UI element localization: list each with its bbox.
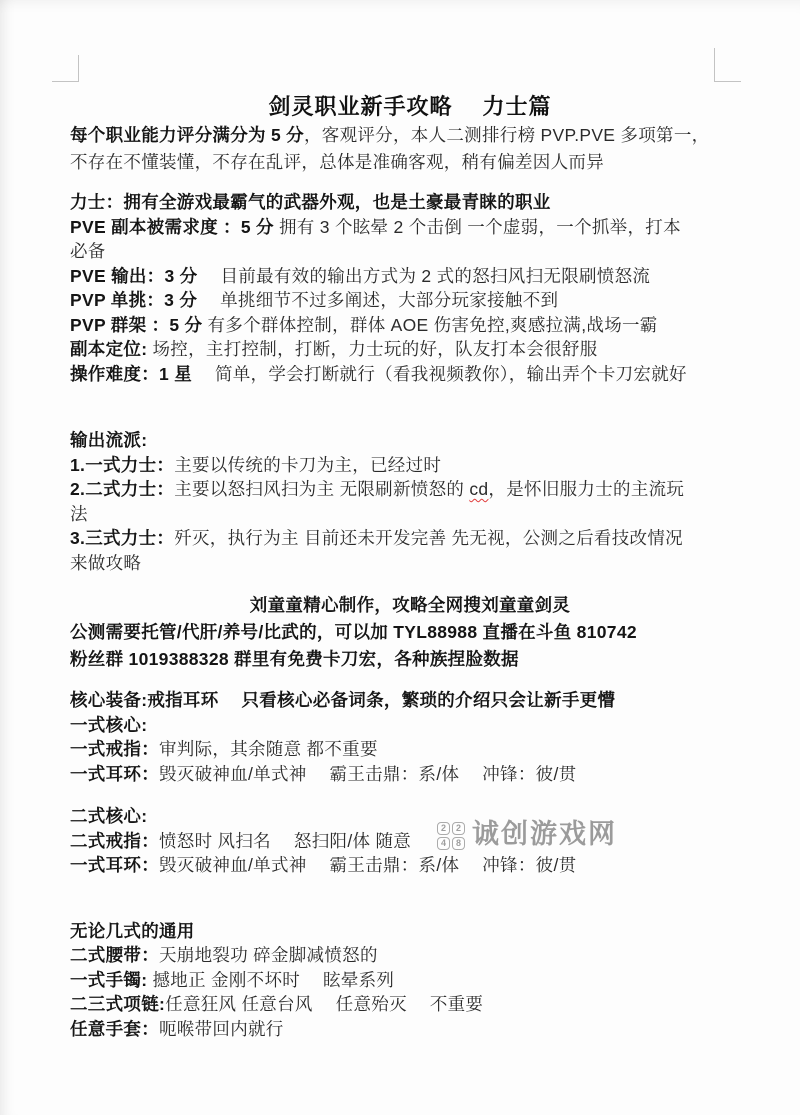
gear-earring2-line: 一式耳环：毁灭破神血/单式神 霸王击鼎：系/体 冲锋：彼/贯: [70, 853, 750, 878]
common-label: 二式腰带：: [70, 945, 159, 965]
common-header: 无论几式的通用: [70, 919, 750, 944]
promo-fangroup-line: 粉丝群 1019388328 群里有免费卡刀宏，各种族捏脸数据: [70, 646, 750, 673]
rating-line-difficulty: 操作难度：1 星 简单，学会打断就行（看我视频教你），输出弄个卡刀宏就好: [70, 362, 750, 387]
gear-header-text: 核心装备:戒指耳环 只看核心必备词条，繁琐的介绍只会让新手更懵: [70, 690, 615, 710]
common-gear-section: 无论几式的通用 二式腰带：天崩地裂功 碎金脚减愤怒的 一式手镯: 撼地正 金刚不…: [70, 919, 750, 1042]
watermark-digit: 8: [452, 837, 465, 850]
rating-label: PVE 输出：3 分: [70, 266, 197, 286]
gear-section-style1: 核心装备:戒指耳环 只看核心必备词条，繁琐的介绍只会让新手更懵 一式核心: 一式…: [70, 688, 750, 786]
gear-text: 愤怒时 风扫名 怒扫阳/体 随意: [159, 831, 411, 851]
page-margin-mark-top-right: [714, 48, 741, 82]
common-necklace-line: 二三式项链:任意狂风 任意台风 任意殆灭 不重要: [70, 992, 750, 1017]
gear-label: 二式戒指：: [70, 831, 159, 851]
intro-text-line1: ，客观评分，本人二测排行榜 PVP.PVE 多项第一，: [304, 125, 709, 145]
build-text: ，是怀旧服力士的主流玩: [488, 479, 684, 499]
promo-section: 刘童童精心制作，攻略全网搜刘童童剑灵 公测需要托管/代肝/养号/比武的，可以加 …: [70, 592, 750, 673]
document-content: 剑灵职业新手攻略 力士篇 每个职业能力评分满分为 5 分，客观评分，本人二测排行…: [70, 90, 750, 1041]
common-label: 一式手镯:: [70, 970, 147, 990]
build-line-style1: 1.一式力士：主要以传统的卡刀为主，已经过时: [70, 453, 750, 478]
common-header-text: 无论几式的通用: [70, 921, 195, 941]
gear-core2-text: 二式核心:: [70, 806, 147, 826]
build-text-wrap: 法: [70, 504, 88, 524]
rating-label: PVE 副本被需求度 ：5 分: [70, 217, 274, 237]
ratings-section: 力士：拥有全游戏最霸气的武器外观，也是土豪最青睐的职业 PVE 副本被需求度 ：…: [70, 190, 750, 386]
gear-text: 毁灭破神血/单式神 霸王击鼎：系/体 冲锋：彼/贯: [159, 764, 576, 784]
gear-core2-header: 二式核心:: [70, 804, 750, 829]
build-text: 主要以传统的卡刀为主，已经过时: [174, 455, 441, 475]
common-label: 二三式项链:: [70, 994, 165, 1014]
rating-line-pve-dps: PVE 输出：3 分 目前最有效的输出方式为 2 式的怒扫风扫无限刷愤怒流: [70, 264, 750, 289]
build-label: 1.一式力士：: [70, 455, 174, 475]
rating-line-pve-demand: PVE 副本被需求度 ：5 分 拥有 3 个眩晕 2 个击倒 一个虚弱，一个抓举…: [70, 215, 750, 264]
gear-text: 毁灭破神血/单式神 霸王击鼎：系/体 冲锋：彼/贯: [159, 855, 576, 875]
gear-label: 一式戒指：: [70, 739, 159, 759]
gear-ring2-line: 二式戒指：愤怒时 风扫名 怒扫阳/体 随意: [70, 829, 750, 854]
common-text: 撼地正 金刚不坏时 眩晕系列: [147, 970, 394, 990]
build-text: 歼灭，执行为主 目前还未开发完善 先无视，公测之后看技改情况: [174, 528, 683, 548]
document-title: 剑灵职业新手攻略 力士篇: [70, 92, 750, 122]
common-text: 任意狂风 任意台风 任意殆灭 不重要: [165, 994, 483, 1014]
gear-header: 核心装备:戒指耳环 只看核心必备词条，繁琐的介绍只会让新手更懵: [70, 688, 750, 713]
common-bracelet-line: 一式手镯: 撼地正 金刚不坏时 眩晕系列: [70, 968, 750, 993]
rating-text: 目前最有效的输出方式为 2 式的怒扫风扫无限刷愤怒流: [197, 266, 650, 286]
common-text: 呃喉带回内就行: [159, 1019, 284, 1039]
spellcheck-underlined-word: cd: [469, 479, 488, 499]
watermark-digit: 2: [452, 822, 465, 835]
gear-ring1-line: 一式戒指：审判际，其余随意 都不重要: [70, 737, 750, 762]
builds-header-text: 输出流派:: [70, 430, 147, 450]
build-label: 2.二式力士：: [70, 479, 174, 499]
builds-section: 输出流派: 1.一式力士：主要以传统的卡刀为主，已经过时 2.二式力士：主要以怒…: [70, 428, 750, 575]
watermark: 2 2 4 8 诚创游戏网: [437, 818, 617, 851]
rating-line-dungeon-role: 副本定位: 场控，主打控制，打断，力士玩的好，队友打本会很舒服: [70, 337, 750, 362]
watermark-digit: 2: [437, 822, 450, 835]
rating-line-lishi: 力士：拥有全游戏最霸气的武器外观，也是土豪最青睐的职业: [70, 190, 750, 215]
page-margin-mark-top-left: [52, 55, 79, 82]
intro-bold-lead: 每个职业能力评分满分为 5 分: [70, 125, 304, 145]
gear-core1-text: 一式核心:: [70, 715, 147, 735]
rating-label: PVP 群架 ：5 分: [70, 315, 202, 335]
watermark-digit-grid: 2 2 4 8: [437, 822, 465, 850]
common-belt-line: 二式腰带：天崩地裂功 碎金脚减愤怒的: [70, 943, 750, 968]
common-gloves-line: 任意手套：呃喉带回内就行: [70, 1017, 750, 1042]
rating-label: 力士：拥有全游戏最霸气的武器外观，也是土豪最青睐的职业: [70, 192, 551, 212]
rating-text-wrap: 必备: [70, 241, 106, 261]
build-line-style2: 2.二式力士：主要以怒扫风扫为主 无限刷新愤怒的 cd，是怀旧服力士的主流玩法: [70, 477, 750, 526]
intro-text-line2: 不存在不懂装懂，不存在乱评，总体是准确客观，稍有偏差因人而异: [70, 152, 604, 172]
rating-label: 副本定位:: [70, 339, 147, 359]
gear-label: 一式耳环：: [70, 855, 159, 875]
build-label: 3.三式力士：: [70, 528, 174, 548]
common-text: 天崩地裂功 碎金脚减愤怒的: [159, 945, 378, 965]
rating-label: 操作难度：1 星: [70, 364, 192, 384]
common-label: 任意手套：: [70, 1019, 159, 1039]
build-text: 主要以怒扫风扫为主 无限刷新愤怒的: [174, 479, 469, 499]
builds-header: 输出流派:: [70, 428, 750, 453]
build-text-wrap: 来做攻略: [70, 553, 141, 573]
build-line-style3: 3.三式力士：歼灭，执行为主 目前还未开发完善 先无视，公测之后看技改情况来做攻…: [70, 526, 750, 575]
gear-section-style2: 二式核心: 二式戒指：愤怒时 风扫名 怒扫阳/体 随意 一式耳环：毁灭破神血/单…: [70, 804, 750, 878]
gear-label: 一式耳环：: [70, 764, 159, 784]
gear-core1-header: 一式核心:: [70, 713, 750, 738]
watermark-digit: 4: [437, 837, 450, 850]
watermark-site-name: 诚创游戏网: [472, 818, 617, 851]
gear-text: 审判际，其余随意 都不重要: [159, 739, 378, 759]
promo-author-line: 刘童童精心制作，攻略全网搜刘童童剑灵: [70, 592, 750, 619]
gear-earring1-line: 一式耳环：毁灭破神血/单式神 霸王击鼎：系/体 冲锋：彼/贯: [70, 762, 750, 787]
intro-paragraph: 每个职业能力评分满分为 5 分，客观评分，本人二测排行榜 PVP.PVE 多项第…: [70, 122, 750, 176]
rating-text: 有多个群体控制，群体 AOE 伤害免控,爽感拉满,战场一霸: [202, 315, 657, 335]
rating-text: 简单，学会打断就行（看我视频教你），输出弄个卡刀宏就好: [192, 364, 687, 384]
rating-label: PVP 单挑：3 分: [70, 290, 197, 310]
document-page: 剑灵职业新手攻略 力士篇 每个职业能力评分满分为 5 分，客观评分，本人二测排行…: [0, 0, 800, 1115]
rating-text: 单挑细节不过多阐述，大部分玩家接触不到: [197, 290, 558, 310]
rating-line-pvp-group: PVP 群架 ：5 分 有多个群体控制，群体 AOE 伤害免控,爽感拉满,战场一…: [70, 313, 750, 338]
rating-text: 场控，主打控制，打断，力士玩的好，队友打本会很舒服: [147, 339, 597, 359]
rating-line-pvp-duel: PVP 单挑：3 分 单挑细节不过多阐述，大部分玩家接触不到: [70, 288, 750, 313]
rating-text: 拥有 3 个眩晕 2 个击倒 一个虚弱，一个抓举，打本: [274, 217, 681, 237]
promo-contact-line: 公测需要托管/代肝/养号/比武的，可以加 TYL88988 直播在斗鱼 8107…: [70, 619, 750, 646]
